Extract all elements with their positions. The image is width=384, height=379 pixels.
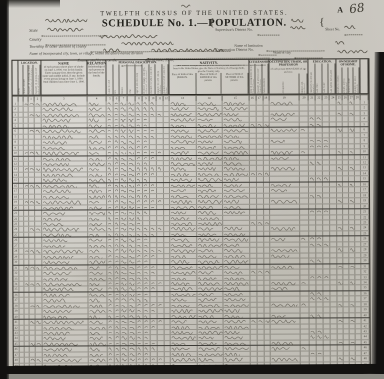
cell-fam [35, 162, 42, 166]
cell-fam [35, 107, 42, 111]
cell-write [323, 171, 330, 175]
handwritten-entry [43, 183, 77, 188]
handwritten-entry [121, 167, 126, 171]
handwritten-entry [108, 145, 111, 149]
cell-yrsmar [150, 237, 157, 241]
cell-read [316, 209, 323, 213]
township-value [99, 33, 157, 38]
cell-race [108, 303, 115, 307]
cell-birth-mother [223, 292, 250, 297]
cell-marital [143, 210, 150, 214]
column-group-ownership: OWNERSHIP OF HOME.Owned or rentedOwned f… [337, 59, 361, 93]
handwritten-entry [144, 194, 147, 198]
handwritten-entry [318, 313, 322, 317]
handwritten-entry [89, 292, 105, 297]
cell-yrsmar [151, 292, 158, 296]
handwritten-entry [270, 128, 296, 133]
handwritten-entry [129, 134, 134, 138]
handwritten-entry [130, 287, 135, 291]
cell-school [310, 291, 317, 295]
cell-rn: 15 [361, 177, 369, 181]
cell-race [108, 243, 115, 247]
cell-marital [143, 199, 150, 203]
cell-read [317, 297, 324, 301]
group-desc-relation: Relationship of each person to the head … [87, 65, 106, 79]
cell-write [323, 182, 330, 186]
cell-immig [250, 237, 257, 241]
handwritten-entry [224, 303, 248, 308]
cell-birth-father [198, 330, 224, 335]
cell-rel [88, 292, 108, 297]
cell-year [129, 336, 137, 340]
handwritten-entry [43, 292, 69, 297]
cell-school [309, 220, 316, 224]
cell-fam [35, 222, 42, 226]
handwritten-entry [324, 209, 328, 213]
handwritten-entry [224, 188, 245, 193]
cell-birth-mother [223, 330, 250, 335]
handwritten-entry [121, 129, 126, 133]
cell-marital [144, 347, 151, 351]
cell-occ [270, 199, 301, 204]
table-header: LOCATION.StreetHouse numberNumber of dwe… [12, 59, 368, 96]
cell-write [324, 308, 331, 312]
handwritten-entry [109, 298, 112, 302]
handwritten-entry [171, 177, 192, 182]
cell-fam [35, 134, 42, 138]
cell-marital [144, 259, 151, 263]
cell-month [120, 112, 128, 116]
column-sublabel: Year [129, 65, 132, 95]
handwritten-entry [36, 183, 41, 187]
handwritten-entry [351, 340, 355, 344]
cell-fam [35, 320, 42, 324]
enumeration-district-value [290, 25, 305, 30]
handwritten-entry [121, 101, 126, 105]
cell-immig [250, 183, 257, 187]
cell-mother [157, 227, 164, 231]
handwritten-entry [130, 319, 135, 323]
cell-read [316, 166, 323, 170]
handwritten-entry [89, 336, 102, 341]
cell-months [300, 177, 309, 181]
cell-rel [88, 221, 108, 226]
handwritten-entry [199, 341, 217, 346]
handwritten-entry [265, 221, 269, 225]
column-group-citizenship: CITIZENSHIP.Year of immigration to the U… [249, 60, 269, 94]
handwritten-entry [144, 161, 147, 165]
cell-yrsus [256, 123, 263, 127]
handwritten-entry [350, 226, 354, 230]
cell-birth-mother [224, 357, 251, 362]
handwritten-entry [115, 145, 118, 149]
cell-rn: 6 [361, 127, 369, 131]
column-sublabel: Can write [324, 64, 327, 94]
cell-yrsus [257, 275, 264, 279]
handwritten-entry [116, 292, 119, 296]
cell-birth-mother [223, 128, 250, 133]
cell-fam [36, 358, 43, 362]
handwritten-entry [43, 303, 79, 308]
handwritten-entry [122, 216, 127, 220]
cell-month [121, 232, 129, 236]
handwritten-entry [171, 123, 186, 128]
cell-immig [250, 264, 257, 268]
cell-marital [144, 330, 151, 334]
handwritten-entry [115, 118, 118, 122]
handwritten-entry [270, 101, 292, 106]
handwritten-entry [116, 330, 119, 334]
cell-fam [35, 178, 42, 182]
handwritten-entry [36, 249, 41, 253]
cell-birth-father [198, 341, 224, 346]
handwritten-entry [137, 227, 140, 231]
handwritten-entry [225, 357, 243, 362]
cell-birth-father [197, 270, 223, 275]
cell-read [316, 231, 323, 235]
handwritten-entry [129, 178, 134, 182]
cell-year [129, 238, 137, 242]
column-group-location: LOCATION.StreetHouse numberNumber of dwe… [18, 61, 41, 95]
cell-yrsus [257, 286, 264, 290]
handwritten-entry [251, 172, 255, 176]
handwritten-entry [151, 156, 154, 160]
cell-month [120, 118, 128, 122]
cell-yrsmar [151, 276, 158, 280]
cell-race [108, 232, 115, 236]
column-group-education: EDUCATION.Attended school (in months)Can… [309, 59, 337, 93]
handwritten-entry [89, 189, 102, 194]
cell-marital [144, 352, 151, 356]
handwritten-entry [224, 166, 245, 171]
handwritten-entry [129, 129, 134, 133]
cell-month [120, 145, 128, 149]
column-sublabel: Mother of how many children [157, 64, 160, 94]
cell-name [42, 292, 88, 297]
cell-yrsus [256, 128, 263, 132]
column-sublabel: Number of these children living [164, 64, 167, 94]
handwritten-entry [108, 107, 111, 111]
column-sublabel: Month [122, 65, 125, 95]
cell-write [324, 335, 331, 339]
handwritten-entry [36, 227, 41, 231]
handwritten-entry [145, 357, 148, 361]
handwritten-entry [224, 134, 239, 139]
handwritten-entry [109, 281, 112, 285]
handwritten-entry [198, 117, 213, 122]
cell-english [331, 318, 338, 322]
cell-yrsus [257, 308, 264, 312]
cell-months [301, 302, 310, 306]
handwritten-entry [116, 303, 119, 307]
cell-rn: 40 [362, 313, 370, 317]
cell-immig [250, 210, 257, 214]
handwritten-entry [44, 347, 72, 352]
column-group-occupation: OCCUPATION, TRADE, OR PROFESSIONof each … [269, 59, 309, 93]
sheet-letter: A [337, 5, 343, 14]
handwritten-entry [224, 243, 239, 248]
cell-month [120, 139, 128, 143]
cell-race [108, 227, 115, 231]
cell-birth-father [197, 123, 223, 128]
handwritten-entry [338, 226, 342, 230]
cell-age [137, 303, 144, 307]
cell-immig [250, 161, 257, 165]
cell-write [324, 253, 331, 257]
cell-birth-mother [223, 313, 250, 318]
cell-read [317, 280, 324, 284]
cell-english [331, 324, 338, 328]
handwritten-entry [172, 330, 193, 335]
handwritten-entry [311, 313, 315, 317]
handwritten-entry [43, 140, 67, 145]
cell-rn: 35 [362, 286, 370, 290]
cell-year [129, 298, 137, 302]
handwritten-entry [108, 156, 111, 160]
column-sublabel: Sex [115, 65, 118, 95]
handwritten-entry [122, 325, 127, 329]
handwritten-entry [145, 281, 148, 285]
handwritten-entry [224, 341, 245, 346]
cell-english [331, 302, 338, 306]
handwritten-entry [338, 248, 342, 252]
cell-fam [36, 336, 43, 340]
handwritten-entry [318, 259, 322, 263]
cell-marital [143, 161, 150, 165]
cell-yrsus [257, 161, 264, 165]
cell-birth-person [170, 106, 197, 111]
handwritten-entry [109, 319, 112, 323]
handwritten-entry [145, 292, 148, 296]
handwritten-entry [43, 320, 83, 325]
handwritten-entry [89, 205, 102, 210]
cell-age [136, 227, 143, 231]
cell-months [300, 182, 309, 186]
cell-year [129, 319, 137, 323]
cell-occ [270, 264, 301, 269]
cell-name [42, 227, 88, 232]
cell-mother [158, 265, 165, 269]
cell-yrsmar [150, 150, 157, 154]
cell-write [324, 340, 331, 344]
handwritten-entry [109, 270, 112, 274]
cell-fam [36, 347, 43, 351]
cell-age [137, 319, 144, 323]
cell-mother [158, 314, 165, 318]
cell-fam [35, 189, 42, 193]
cell-year [129, 292, 137, 296]
cell-marital [144, 357, 151, 361]
cell-month [121, 325, 129, 329]
cell-age [137, 358, 144, 362]
handwritten-entry [172, 352, 193, 357]
cell-write [323, 155, 330, 159]
cell-yrsmar [150, 227, 157, 231]
handwritten-entry [42, 107, 72, 112]
handwritten-entry [224, 297, 245, 302]
handwritten-entry [122, 276, 127, 280]
cell-fam [35, 118, 42, 122]
cell-marital [144, 341, 151, 345]
handwritten-entry [116, 216, 119, 220]
cell-mother [158, 281, 165, 285]
cell-rel [88, 260, 108, 265]
cell-age [136, 118, 143, 122]
handwritten-entry [144, 112, 147, 116]
handwritten-entry [30, 249, 35, 253]
cell-months [300, 171, 309, 175]
handwritten-entry [338, 100, 342, 104]
cell-marital [143, 183, 150, 187]
cell-rn: 23 [361, 220, 369, 224]
handwritten-entry [171, 134, 192, 139]
cell-month [120, 178, 128, 182]
cell-occ [270, 188, 301, 193]
table-body: 1122334455667788991010111112121313141415… [13, 100, 370, 374]
handwritten-entry [317, 117, 321, 121]
cell-age [137, 336, 144, 340]
cell-month [121, 254, 129, 258]
handwritten-entry [121, 156, 126, 160]
cell-birth-person [171, 341, 198, 346]
handwritten-entry [224, 210, 245, 215]
handwritten-entry [44, 358, 82, 363]
cell-rel [87, 156, 107, 161]
handwritten-entry [198, 205, 213, 210]
cell-read [317, 269, 324, 273]
cell-age [136, 232, 143, 236]
handwritten-entry [198, 106, 219, 111]
handwritten-entry [144, 134, 147, 138]
cell-school [309, 122, 316, 126]
handwritten-entry [121, 199, 126, 203]
handwritten-entry [122, 249, 127, 253]
cell-age [137, 254, 144, 258]
cell-yrsmar [150, 199, 157, 203]
handwritten-entry [144, 167, 147, 171]
handwritten-entry [159, 303, 162, 307]
handwritten-entry [198, 259, 219, 264]
cell-occ [270, 313, 301, 318]
cell-birth-person [170, 270, 197, 275]
cell-english [331, 313, 338, 317]
handwritten-entry [152, 270, 155, 274]
cell-birth-person [170, 156, 197, 161]
cell-year [128, 161, 136, 165]
cell-birth-mother [223, 144, 250, 149]
cell-yrsmar [151, 325, 158, 329]
cell-fam [35, 325, 42, 329]
handwritten-entry [109, 287, 112, 291]
handwritten-entry [138, 308, 141, 312]
cell-immig [250, 346, 257, 350]
cell-school [309, 204, 316, 208]
cell-birth-person [171, 281, 198, 286]
handwritten-entry [199, 352, 223, 357]
cell-yrsmar [150, 194, 157, 198]
handwritten-entry [325, 297, 329, 301]
cell-marital [143, 139, 150, 143]
cell-race [108, 281, 115, 285]
cell-fam [35, 156, 42, 160]
handwritten-entry [122, 298, 127, 302]
cell-write [323, 204, 330, 208]
handwritten-entry [89, 249, 99, 254]
cell-birth-person [170, 232, 197, 237]
handwritten-entry [317, 210, 321, 214]
handwritten-entry [171, 210, 186, 215]
handwritten-entry [198, 101, 216, 106]
cell-race [107, 189, 114, 193]
handwritten-entry [121, 210, 126, 214]
cell-yrsmar [150, 177, 157, 181]
handwritten-entry [130, 281, 135, 285]
handwritten-entry [145, 347, 148, 351]
cell-name [42, 260, 88, 265]
cell-rel [88, 249, 108, 254]
handwritten-entry [152, 319, 155, 323]
cell-yrsmar [150, 221, 157, 225]
handwritten-entry [137, 194, 140, 198]
cell-year [128, 150, 136, 154]
cell-birth-mother [224, 346, 251, 351]
cell-age [136, 172, 143, 176]
handwritten-entry [271, 237, 285, 242]
cell-months [301, 237, 310, 241]
cell-immig [250, 330, 257, 334]
cell-name [42, 183, 88, 188]
cell-school [309, 193, 316, 197]
handwritten-entry [311, 259, 315, 263]
cell-birth-father [197, 101, 223, 106]
cell-english [331, 259, 338, 263]
handwritten-entry [265, 270, 269, 274]
cell-marital [143, 238, 150, 242]
cell-read [317, 329, 324, 333]
handwritten-entry [116, 341, 119, 345]
cell-english [330, 100, 337, 104]
cell-rel [88, 265, 108, 270]
cell-race [108, 336, 115, 340]
handwritten-entry [129, 161, 134, 165]
handwritten-entry [301, 150, 305, 154]
cell-race [108, 265, 115, 269]
cell-english [330, 160, 337, 164]
cell-immig [249, 117, 256, 121]
cell-month [121, 314, 129, 318]
handwritten-entry [129, 123, 134, 127]
handwritten-entry [43, 314, 67, 319]
handwritten-entry [151, 134, 154, 138]
handwritten-entry [89, 216, 99, 221]
cell-birth-mother [223, 264, 250, 269]
handwritten-entry [145, 308, 148, 312]
handwritten-entry [115, 172, 118, 176]
cell-rel [88, 210, 108, 215]
cell-birth-father [197, 281, 223, 286]
cell-write [324, 248, 331, 252]
cell-yrsus [257, 292, 264, 296]
handwritten-entry [130, 227, 135, 231]
cell-rel [87, 101, 107, 106]
cell-months [300, 117, 309, 121]
cell-yrsus [257, 264, 264, 268]
handwritten-entry [152, 347, 155, 351]
cell-rn: 5 [361, 122, 369, 126]
handwritten-entry [115, 205, 118, 209]
handwritten-entry [224, 281, 248, 286]
handwritten-entry [258, 319, 262, 323]
